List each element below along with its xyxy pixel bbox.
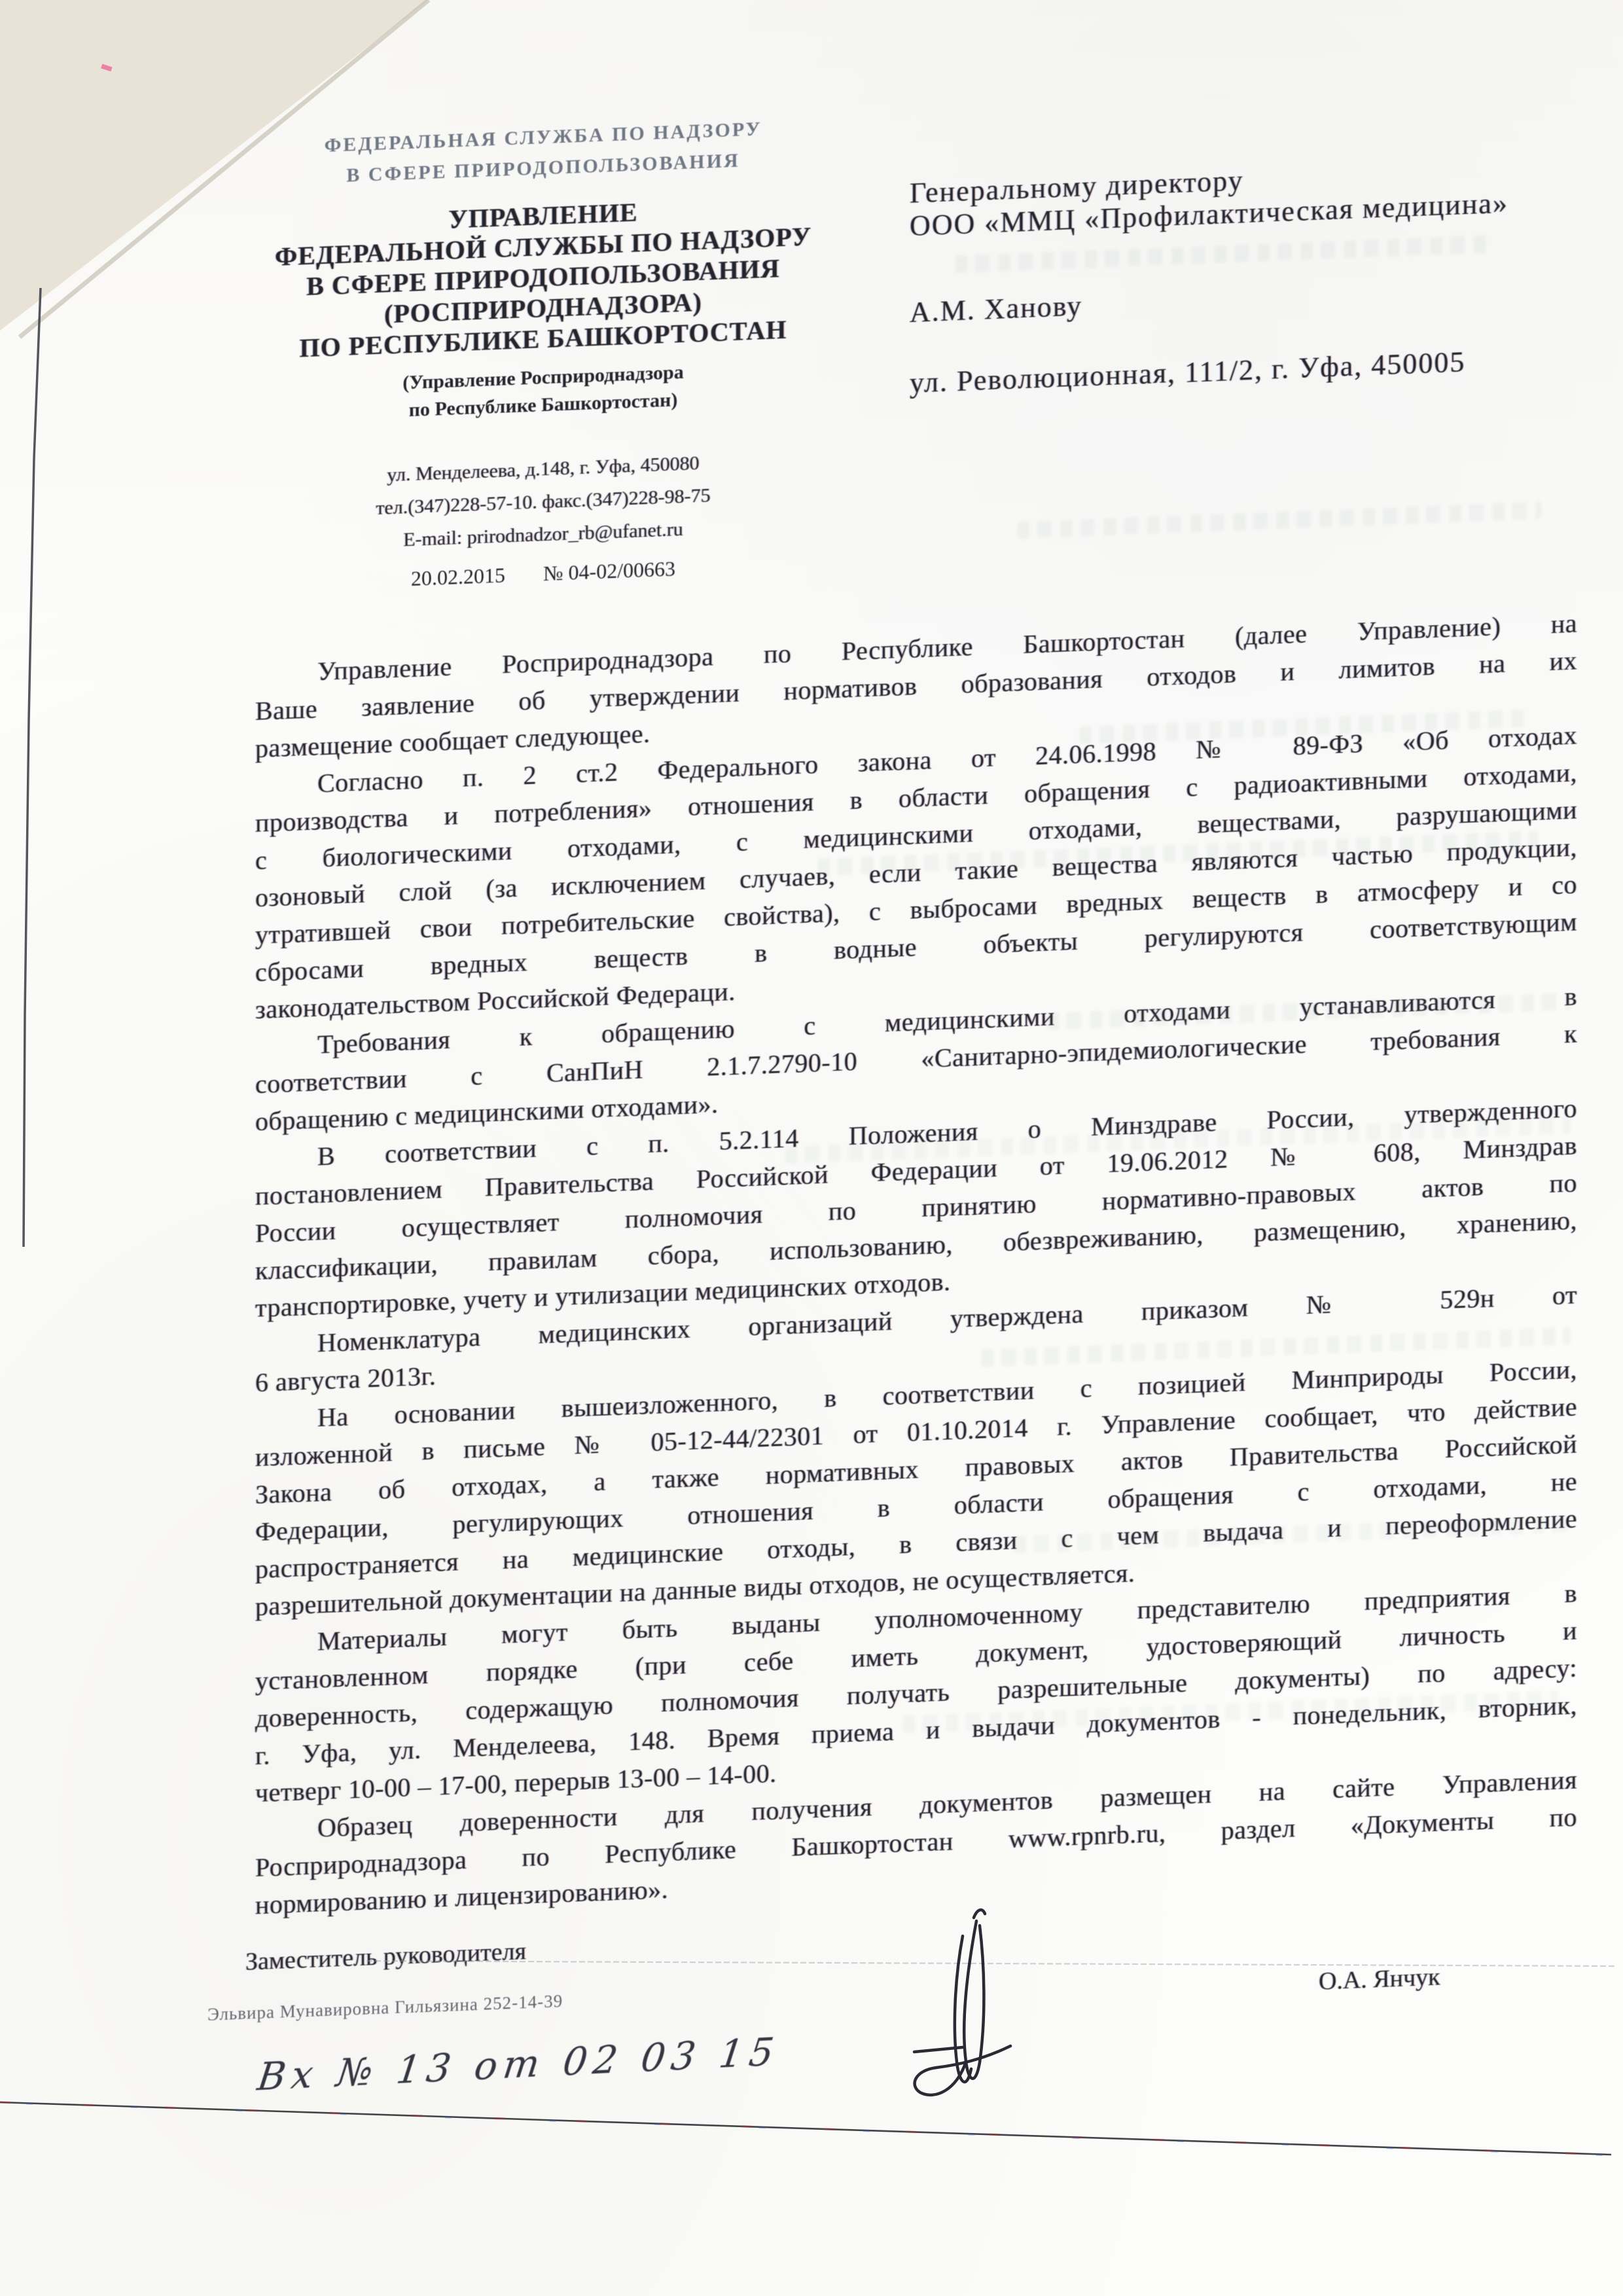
scanned-letter: ФЕДЕРАЛЬНАЯ СЛУЖБА ПО НАДЗОРУ В СФЕРЕ ПР… (0, 0, 1623, 2296)
recipient-block: Генеральному директору ООО «ММЦ «Профила… (910, 154, 1508, 399)
recipient-person: А.М. Ханову (910, 273, 1508, 329)
signer-name: О.А. Янчук (1319, 1962, 1440, 1996)
handwritten-note: Вх № 13 от 02 03 15 (255, 2029, 783, 2099)
letterhead-contacts: ул. Менделеева, д.148, г. Уфа, 450080 те… (255, 442, 831, 562)
recipient-address: ул. Революционная, 111/2, г. Уфа, 450005 (910, 344, 1508, 399)
letterhead: ФЕДЕРАЛЬНАЯ СЛУЖБА ПО НАДЗОРУ В СФЕРЕ ПР… (255, 111, 831, 597)
letter-number: № 04-02/00663 (543, 556, 675, 586)
letter-date: 20.02.2015 (411, 563, 505, 591)
bleed-through-artifact (1018, 502, 1541, 539)
letterhead-org-name: УПРАВЛЕНИЕ ФЕДЕРАЛЬНОЙ СЛУЖБЫ ПО НАДЗОРУ… (255, 189, 831, 365)
letterhead-org-short: (Управление Росприроднадзора по Республи… (255, 353, 831, 430)
document-content: ФЕДЕРАЛЬНАЯ СЛУЖБА ПО НАДЗОРУ В СФЕРЕ ПР… (0, 0, 1623, 2296)
position-title: Заместитель руководителя (245, 1937, 526, 1976)
executor-contact: Эльвира Мунавировна Гильязина 252-14-39 (207, 1991, 563, 2025)
